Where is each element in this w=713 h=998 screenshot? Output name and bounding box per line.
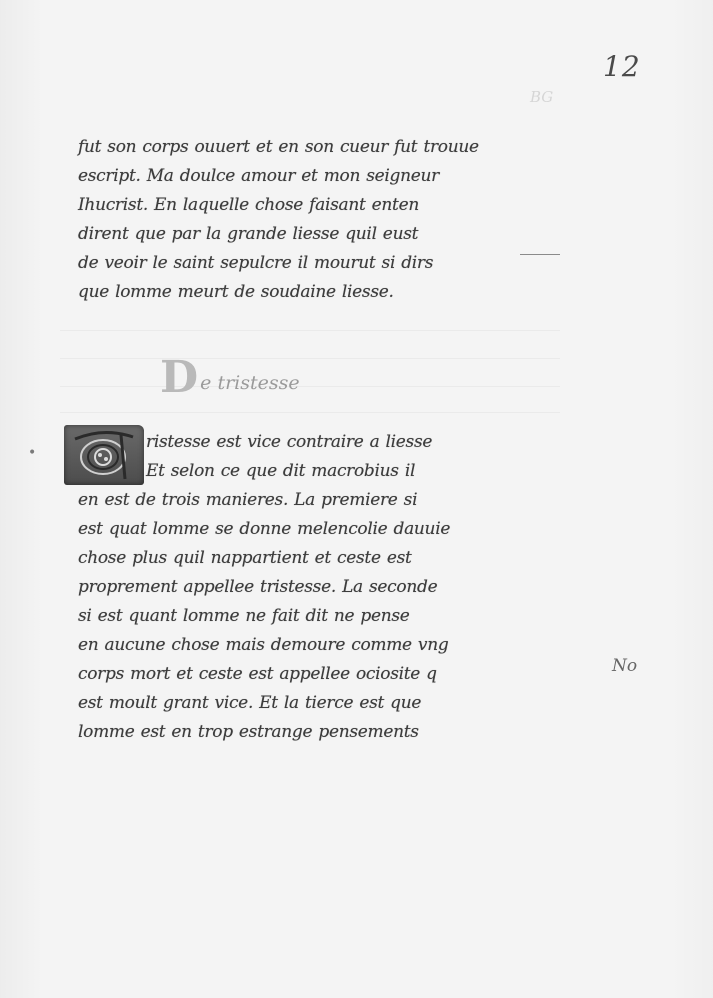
ruling-mark <box>520 254 560 255</box>
text-line: lomme est en trop estrange pensements <box>78 718 558 747</box>
text-line: que lomme meurt de soudaine liesse. <box>78 278 558 307</box>
text-line: si est quant lomme ne fait dit ne pense <box>78 602 558 631</box>
library-stamp: BG <box>530 88 553 106</box>
show-through-line <box>60 358 560 359</box>
manuscript-page: 12 BG fut son corps ouuert et en son cue… <box>0 0 713 998</box>
text-line: chose plus quil nappartient et ceste est <box>78 544 558 573</box>
section-two-first-lines: T ristesse est vice contraire a liesse E… <box>146 428 546 486</box>
text-line: est quat lomme se donne melencolie dauui… <box>78 515 558 544</box>
text-line: corps mort et ceste est appellee ociosit… <box>78 660 558 689</box>
text-line: escript. Ma doulce amour et mon seigneur <box>78 162 558 191</box>
text-line: Ihucrist. En laquelle chose faisant ente… <box>78 191 558 220</box>
show-through-line <box>60 330 560 331</box>
text-line: fut son corps ouuert et en son cueur fut… <box>78 133 558 162</box>
section-two-text: en est de trois manieres. La premiere si… <box>78 486 558 747</box>
text-line: en est de trois manieres. La premiere si <box>78 486 558 515</box>
margin-annotation: No <box>612 656 637 676</box>
text-line: est moult grant vice. Et la tierce est q… <box>78 689 558 718</box>
section-one-text: fut son corps ouuert et en son cueur fut… <box>78 133 558 307</box>
text-line: dirent que par la grande liesse quil eus… <box>78 220 558 249</box>
text-line: T ristesse est vice contraire a liesse <box>146 428 546 457</box>
heading-initial: D <box>160 356 198 400</box>
chapter-heading: D e tristesse <box>160 350 300 400</box>
heading-text: e tristesse <box>200 372 299 400</box>
text-line: de veoir le saint sepulcre il mourut si … <box>78 249 558 278</box>
text-line: en aucune chose mais demoure comme vng <box>78 631 558 660</box>
text-line: proprement appellee tristesse. La second… <box>78 573 558 602</box>
margin-mark: • <box>28 445 36 461</box>
text-line-content: ristesse est vice contraire a liesse <box>146 432 432 452</box>
folio-number: 12 <box>603 50 641 83</box>
initial-ornament-icon <box>69 429 139 481</box>
show-through-line <box>60 386 560 387</box>
show-through-line <box>60 412 560 413</box>
illuminated-initial <box>64 425 144 485</box>
text-line: Et selon ce que dit macrobius il <box>146 457 546 486</box>
